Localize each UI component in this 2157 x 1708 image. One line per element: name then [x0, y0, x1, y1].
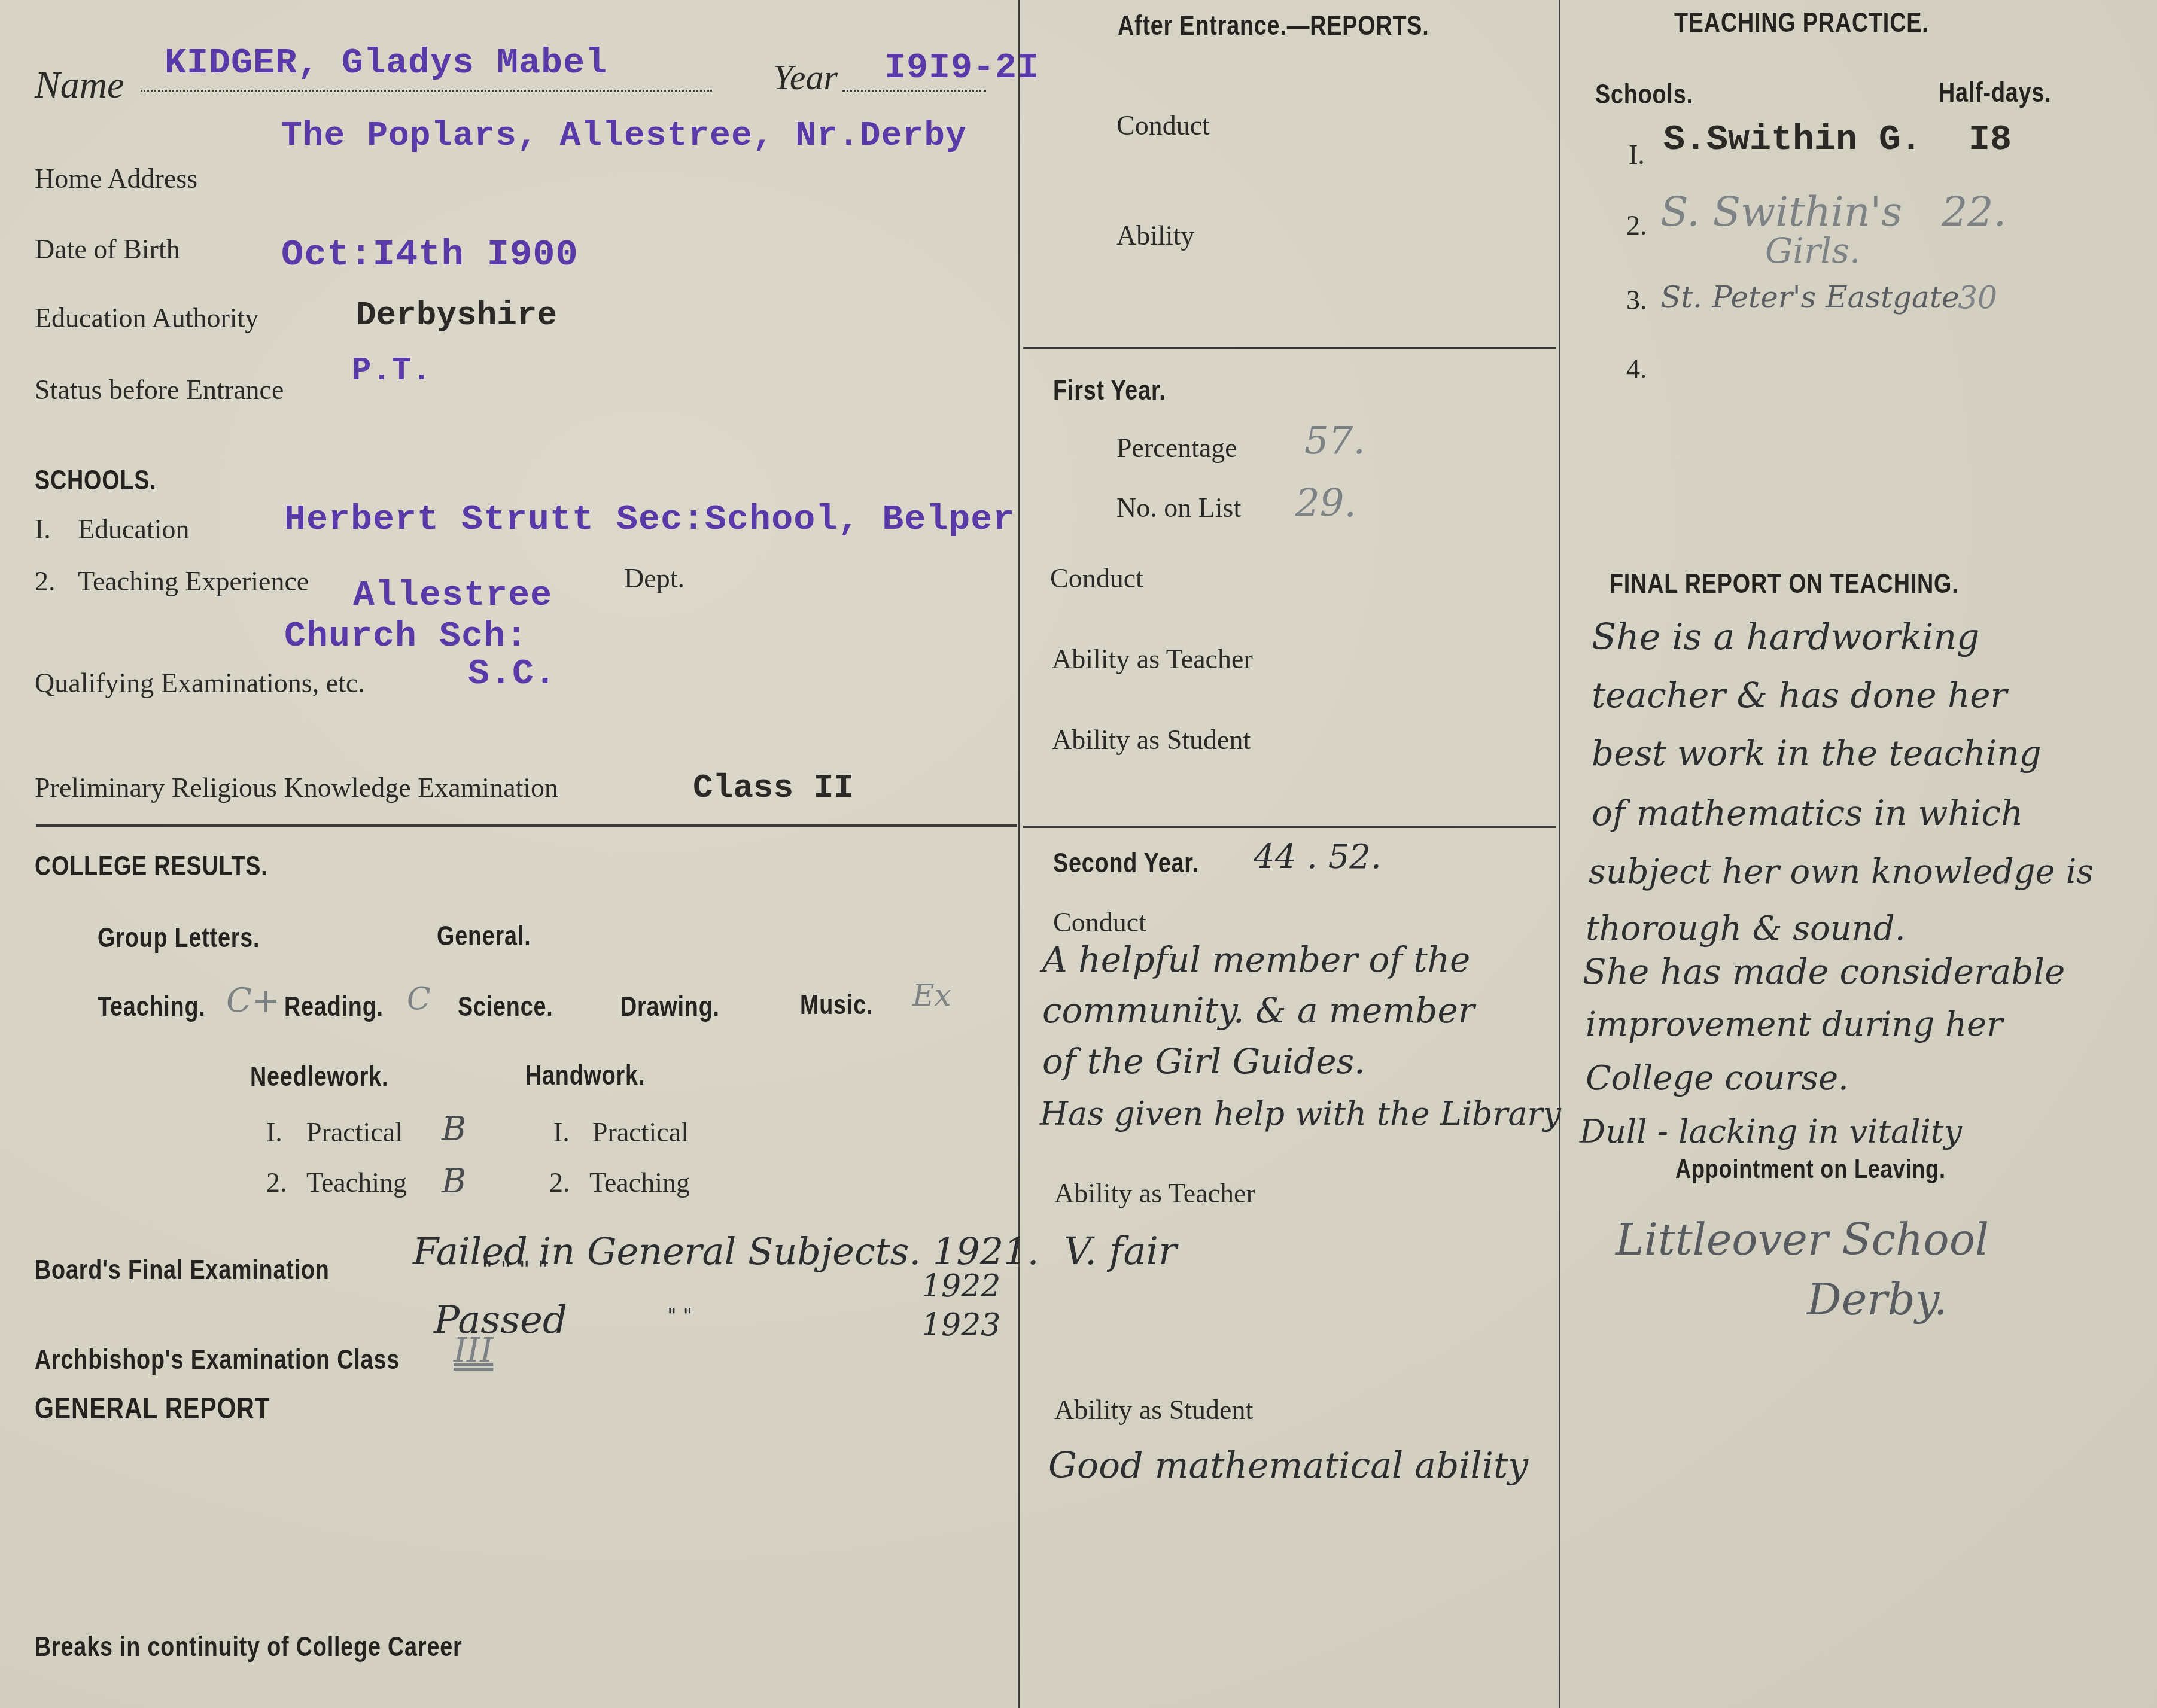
home-address-label: Home Address: [35, 163, 197, 194]
handwork-practical-label: Practical: [592, 1116, 689, 1148]
tp-row-school: S.Swithin G.: [1663, 120, 1922, 160]
final-report-line-4: of mathematics in which: [1592, 793, 2023, 833]
no-on-list-value: 29.: [1295, 482, 1356, 526]
teaching-exp-value-line2: Church Sch:: [284, 616, 528, 657]
handwork-label: Handwork.: [525, 1059, 645, 1091]
second-year-ability-student-value: Good mathematical ability: [1048, 1445, 1528, 1487]
second-year-conduct-line-3: of the Girl Guides.: [1042, 1041, 1365, 1082]
no-on-list-label: No. on List: [1116, 492, 1241, 523]
student-record-card: Name KIDGER, Gladys Mabel Year I9I9-2I T…: [0, 0, 2157, 1708]
needlework-practical-label: Practical: [306, 1116, 403, 1148]
handwork-practical-num: I.: [553, 1116, 570, 1148]
first-year-ability-student-label: Ability as Student: [1052, 724, 1251, 756]
teaching-practice-heading: TEACHING PRACTICE.: [1674, 6, 1929, 38]
percentage-value: 57.: [1304, 419, 1365, 463]
second-year-heading: Second Year.: [1053, 847, 1199, 879]
teaching-exp-label: Teaching Experience: [78, 565, 309, 597]
final-report-line-8: improvement during her: [1586, 1005, 2003, 1044]
name-label: Name: [35, 63, 124, 107]
middle-rule-2: [1023, 826, 1556, 828]
qualifying-label: Qualifying Examinations, etc.: [35, 667, 365, 699]
final-report-line-3: best work in the teaching: [1592, 733, 2042, 774]
board-exam-line3-ditto: " ": [667, 1304, 692, 1328]
tp-row-school-line2: Girls.: [1765, 230, 1860, 271]
education-authority-label: Education Authority: [35, 302, 258, 334]
second-year-conduct-line-4: Has given help with the Library: [1040, 1095, 1561, 1132]
board-exam-line2-year: 1922: [921, 1268, 1000, 1304]
teaching-exp-num: 2.: [35, 565, 56, 597]
needlework-practical-num: I.: [266, 1116, 282, 1148]
final-report-line-6: thorough & sound.: [1586, 909, 1905, 948]
second-year-ability-student-label: Ability as Student: [1054, 1394, 1253, 1426]
archbishop-exam-label: Archbishop's Examination Class: [35, 1343, 400, 1375]
dob-label: Date of Birth: [35, 233, 180, 265]
science-label: Science.: [458, 990, 553, 1022]
left-section-rule: [36, 824, 1017, 827]
general-report-heading: GENERAL REPORT: [35, 1391, 270, 1426]
college-results-heading: COLLEGE RESULTS.: [35, 850, 268, 882]
teaching-grade-value: C+: [226, 981, 280, 1020]
final-report-line-7: She has made considerable: [1583, 951, 2065, 992]
final-report-line-2: teacher & has done her: [1592, 675, 2007, 716]
schools-heading: SCHOOLS.: [35, 464, 157, 496]
music-label: Music.: [800, 988, 873, 1021]
status-value: P.T.: [352, 353, 432, 389]
name-value: KIDGER, Gladys Mabel: [165, 43, 607, 84]
final-report-heading: FINAL REPORT ON TEACHING.: [1610, 567, 1959, 599]
needlework-practical-grade: B: [442, 1110, 466, 1149]
final-report-line-10: Dull - lacking in vitality: [1580, 1113, 1962, 1150]
archbishop-exam-value: III: [454, 1331, 493, 1370]
board-exam-line3-year: 1923: [921, 1307, 1000, 1343]
board-exam-label: Board's Final Examination: [35, 1253, 330, 1286]
year-label: Year: [773, 57, 838, 98]
reading-grade-label: Reading.: [284, 990, 384, 1022]
needlework-label: Needlework.: [250, 1060, 388, 1092]
needlework-teaching-num: 2.: [266, 1167, 287, 1198]
dept-label: Dept.: [624, 562, 684, 594]
education-value: Herbert Strutt Sec:School, Belper: [284, 500, 1015, 540]
second-year-ability-teacher-label: Ability as Teacher: [1054, 1177, 1255, 1209]
teaching-exp-value-line1: Allestree: [353, 576, 552, 616]
tp-schools-label: Schools.: [1595, 78, 1693, 110]
dob-value: Oct:I4th I900: [281, 233, 579, 276]
education-authority-value: Derbyshire: [356, 296, 557, 334]
percentage-label: Percentage: [1116, 432, 1237, 464]
general-label: General.: [437, 920, 531, 952]
after-entrance-heading: After Entrance.—REPORTS.: [1118, 9, 1429, 41]
handwork-teaching-num: 2.: [549, 1167, 570, 1198]
second-year-score: 44 . 52.: [1254, 838, 1382, 876]
needlework-teaching-grade: B: [442, 1162, 466, 1201]
after-entrance-conduct-label: Conduct: [1116, 109, 1210, 141]
second-year-ability-teacher-value: V. fair: [1064, 1229, 1177, 1274]
qualifying-value: S.C.: [468, 654, 556, 695]
middle-rule-1: [1023, 347, 1556, 349]
final-report-line-1: She is a hardworking: [1592, 616, 1980, 658]
status-label: Status before Entrance: [35, 374, 284, 406]
final-report-line-9: College course.: [1586, 1059, 1849, 1098]
year-value: I9I9-2I: [884, 48, 1039, 89]
second-year-conduct-label: Conduct: [1053, 906, 1146, 938]
column-divider-right: [1559, 0, 1560, 1708]
education-label: Education: [78, 513, 190, 545]
reading-grade-value: C: [407, 981, 431, 1017]
first-year-heading: First Year.: [1053, 374, 1166, 406]
education-num: I.: [35, 513, 51, 545]
needlework-teaching-label: Teaching: [306, 1167, 407, 1198]
home-address-value: The Poplars, Allestree, Nr.Derby: [281, 117, 967, 156]
first-year-conduct-label: Conduct: [1050, 562, 1143, 594]
second-year-conduct-line-2: community. & a member: [1042, 990, 1474, 1031]
drawing-label: Drawing.: [620, 990, 720, 1022]
tp-half-days-label: Half-days.: [1939, 76, 2051, 108]
music-grade-value: Ex: [912, 978, 951, 1013]
religious-exam-value: Class II: [693, 769, 854, 807]
tp-row-num: 3.: [1626, 284, 1647, 316]
appointment-line1: Littleover School: [1616, 1214, 1989, 1265]
tp-row-num: 2.: [1626, 209, 1647, 241]
appointment-heading: Appointment on Leaving.: [1675, 1155, 1946, 1185]
tp-row-num: I.: [1629, 139, 1645, 171]
column-divider-left: [1018, 0, 1020, 1708]
second-year-conduct-line-1: A helpful member of the: [1042, 939, 1470, 980]
tp-row-half-days: 30: [1958, 280, 1997, 316]
appointment-line2: Derby.: [1807, 1274, 1948, 1325]
tp-row-half-days: 22.: [1942, 188, 2006, 236]
religious-exam-label: Preliminary Religious Knowledge Examinat…: [35, 772, 558, 803]
first-year-ability-teacher-label: Ability as Teacher: [1052, 643, 1253, 675]
after-entrance-ability-label: Ability: [1116, 220, 1194, 251]
tp-row-school: St. Peter's Eastgate: [1660, 280, 1960, 315]
breaks-label: Breaks in continuity of College Career: [35, 1630, 462, 1663]
name-dotted-line: [141, 90, 712, 92]
teaching-grade-label: Teaching.: [98, 990, 206, 1022]
board-exam-line2-ditto: " " " ": [482, 1256, 549, 1284]
tp-row-school: S. Swithin's: [1660, 188, 1902, 236]
tp-row-half-days: I8: [1969, 120, 2012, 160]
tp-row-num: 4.: [1626, 353, 1647, 385]
handwork-teaching-label: Teaching: [589, 1167, 690, 1198]
group-letters-label: Group Letters.: [98, 921, 260, 954]
year-dotted-line: [842, 90, 986, 92]
final-report-line-5: subject her own knowledge is: [1589, 853, 2094, 891]
